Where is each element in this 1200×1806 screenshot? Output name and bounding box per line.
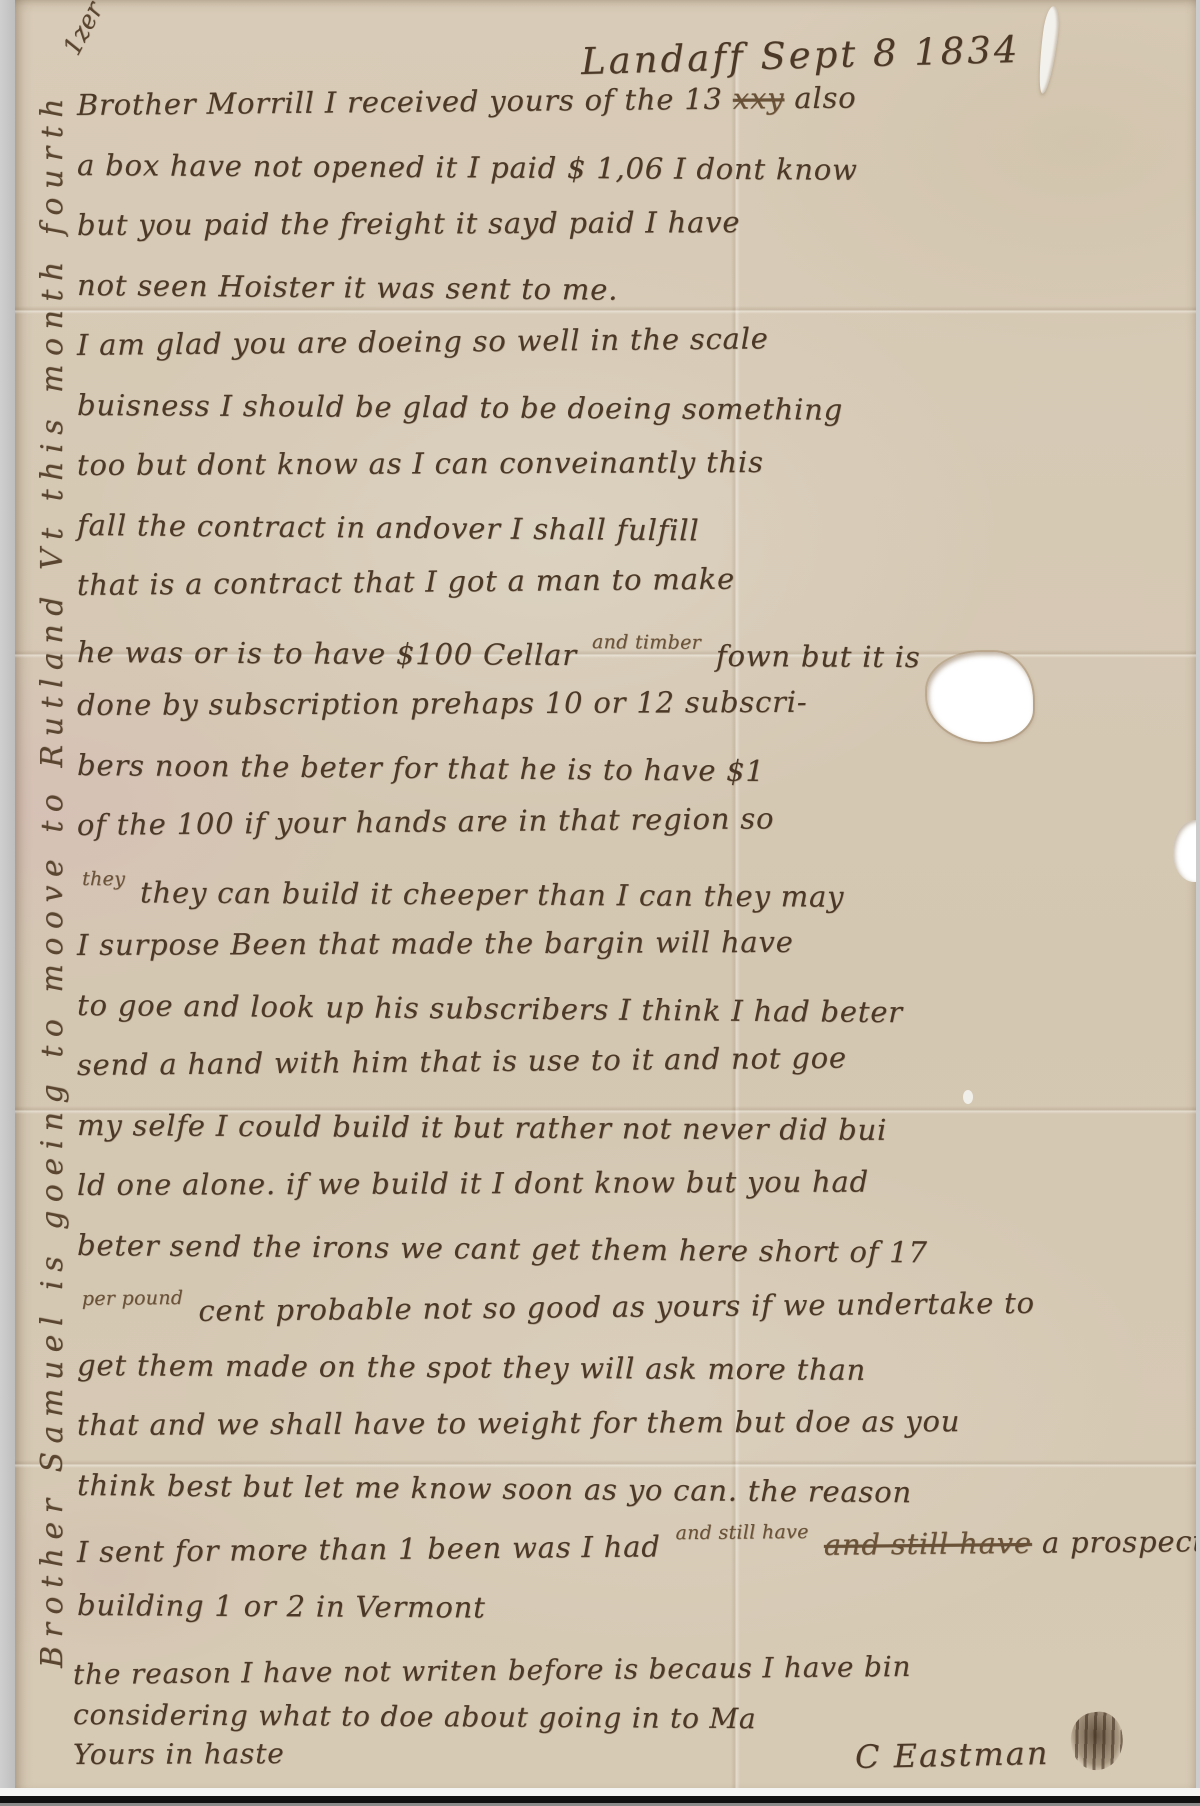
letter-line: send a hand with him that is use to it a… bbox=[77, 1037, 1196, 1108]
letter-line: the reason I have not writen before is b… bbox=[73, 1647, 1196, 1698]
scanned-letter-screenshot: { "colors": { "ink": "#4b3826", "paper":… bbox=[0, 0, 1200, 1806]
letter-line: that and we shall have to weight for the… bbox=[77, 1403, 1196, 1468]
letter-line: building 1 or 2 in Vermont bbox=[77, 1588, 1196, 1655]
letter-line: that is a contract that I got a man to m… bbox=[77, 557, 1196, 628]
letter-body: Brother Morrill I received yours of the … bbox=[77, 88, 1196, 1648]
paper-speck bbox=[963, 1090, 973, 1104]
letter-line: ld one alone. if we build it I dont know… bbox=[77, 1163, 1196, 1228]
scan-edge-left bbox=[0, 0, 16, 1806]
letter-line: too but dont know as I can conveinantly … bbox=[77, 443, 1196, 508]
dateline: Landaff Sept 8 1834 bbox=[580, 28, 1020, 83]
letter-line: I am glad you are doeing so well in the … bbox=[77, 317, 1196, 388]
scan-edge-bottom-light bbox=[0, 1788, 1200, 1796]
margin-note-top: 1zer bbox=[57, 0, 109, 60]
letter-line: but you paid the freight it sayd paid I … bbox=[77, 203, 1196, 268]
letter-line: of the 100 if your hands are in that reg… bbox=[77, 797, 1196, 868]
letter-line: I sent for more than 1 been was I had an… bbox=[77, 1517, 1196, 1588]
signature: C Eastman bbox=[855, 1734, 1050, 1776]
scan-edge-bottom-dark bbox=[0, 1796, 1200, 1806]
letter-line: I surpose Been that made the bargin will… bbox=[77, 923, 1196, 988]
letter-line: per pound cent probable not so good as y… bbox=[77, 1277, 1196, 1348]
letter-page: Landaff Sept 8 1834 Brother Morrill I re… bbox=[15, 0, 1196, 1790]
letter-line: Brother Morrill I received yours of the … bbox=[77, 77, 1196, 148]
margin-note: Brother Samuel is goeing to moove to Rut… bbox=[35, 13, 70, 1668]
